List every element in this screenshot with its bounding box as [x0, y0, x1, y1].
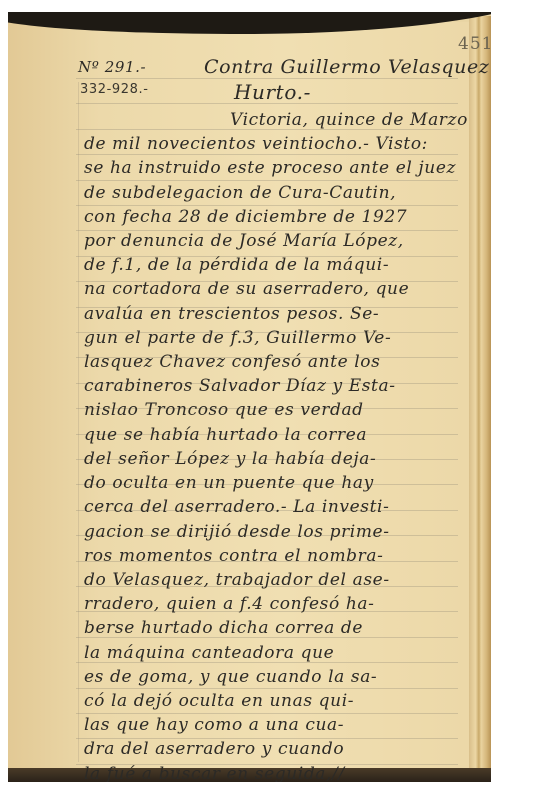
body-line: lasquez Chavez confesó ante los: [84, 352, 380, 372]
body-line: con fecha 28 de diciembre de 1927: [84, 207, 407, 227]
ruled-line: [76, 688, 458, 689]
body-line: cerca del aserradero.- La investi-: [84, 497, 389, 517]
heading-offense: Hurto.-: [234, 80, 311, 104]
body-line: del señor López y la había deja-: [84, 449, 376, 469]
body-line: carabineros Salvador Díaz y Esta-: [84, 376, 396, 396]
case-reference: 332-928.-: [80, 82, 149, 97]
ruled-line: [76, 205, 458, 206]
page-edge-stack: [469, 16, 491, 772]
body-line: es de goma, y que cuando la sa-: [84, 667, 377, 687]
body-line: la máquina canteadora que: [84, 643, 334, 663]
body-line: na cortadora de su aserradero, que: [84, 279, 409, 299]
ruled-line: [76, 180, 458, 181]
case-number: Nº 291.-: [78, 58, 146, 76]
body-line: dra del aserradero y cuando: [84, 739, 344, 759]
body-line: avalúa en trescientos pesos. Se-: [84, 304, 379, 324]
body-line: Victoria, quince de Marzo: [230, 110, 468, 130]
body-line: ros momentos contra el nombra-: [84, 546, 383, 566]
body-line: se ha instruido este proceso ante el jue…: [84, 158, 456, 178]
body-line: las que hay como a una cua-: [84, 715, 344, 735]
page-number: 451: [458, 34, 491, 54]
body-line: de f.1, de la pérdida de la máqui-: [84, 255, 389, 275]
ruled-line: [76, 78, 458, 79]
body-line: do oculta en un puente que hay: [84, 473, 374, 493]
body-line: gun el parte de f.3, Guillermo Ve-: [84, 328, 391, 348]
body-line: de mil novecientos veintiocho.- Visto:: [84, 134, 428, 154]
document-photo: 451 Nº 291.- 332-928.- Contra Guillermo …: [8, 12, 491, 782]
margin-line: [78, 82, 79, 762]
ruled-line: [76, 713, 458, 714]
body-line: por denuncia de José María López,: [84, 231, 404, 251]
body-line: la fué a buscar en seguida,//: [84, 764, 345, 782]
body-line: rradero, quien a f.4 confesó ha-: [84, 594, 374, 614]
body-line: que se había hurtado la correa: [84, 425, 367, 445]
body-line: có la dejó oculta en unas qui-: [84, 691, 354, 711]
ruled-line: [76, 154, 458, 155]
body-line: gacion se dirijió desde los prime-: [84, 522, 390, 542]
body-line: nislao Troncoso que es verdad: [84, 400, 364, 420]
body-line: do Velasquez, trabajador del ase-: [84, 570, 390, 590]
body-line: de subdelegacion de Cura-Cautin,: [84, 183, 396, 203]
heading-defendant: Contra Guillermo Velasquez: [204, 56, 489, 78]
body-line: berse hurtado dicha correa de: [84, 618, 363, 638]
